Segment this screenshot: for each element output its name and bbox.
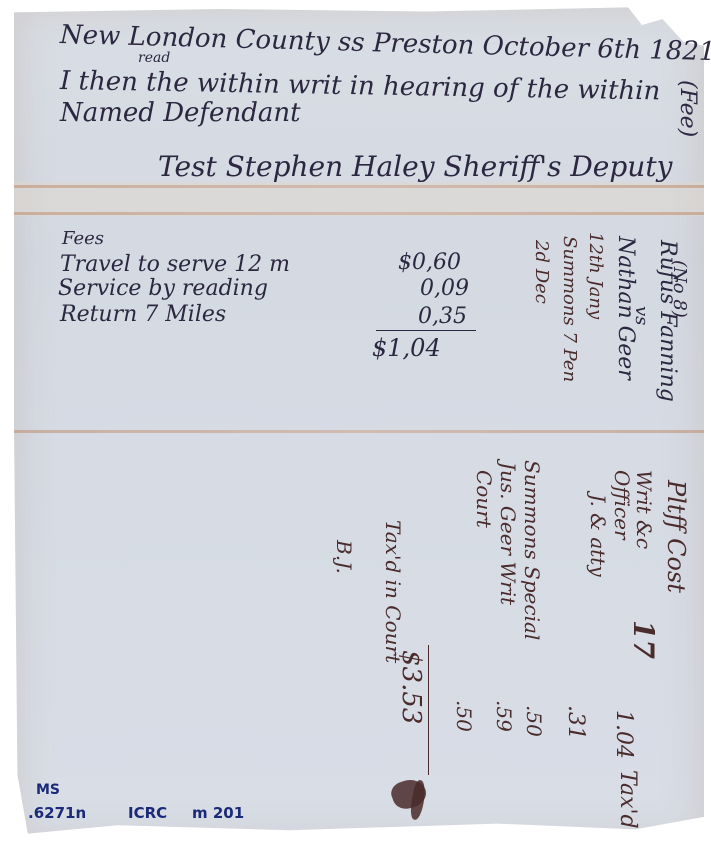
fee-label-travel: Travel to serve 12 m <box>60 252 290 277</box>
return-margin-note: (Fee) <box>675 80 700 137</box>
cost-amount-officer: 1.04 <box>611 710 636 759</box>
cost-amount-court: .50 <box>452 700 476 732</box>
costs-side-note: Tax'd in Court <box>381 520 405 663</box>
costs-heading: Pltff Cost <box>662 480 690 593</box>
archive-collection: ICRC <box>128 804 167 822</box>
cost-label-atty: J. & atty <box>586 494 610 577</box>
fees-total: $1,04 <box>372 334 441 362</box>
docket-line-dec: 2d Dec <box>531 240 552 304</box>
cost-amount-geer-writ: .59 <box>492 700 516 732</box>
fold-line-1 <box>14 185 704 188</box>
fee-label-return: Return 7 Miles <box>60 302 226 327</box>
return-signature: Test Stephen Haley Sheriff's Deputy <box>158 150 672 183</box>
return-line-3: Named Defendant <box>60 98 301 128</box>
costs-footnote: Tax'd <box>615 770 640 829</box>
fee-amount-return: 0,35 <box>418 304 467 329</box>
fees-heading: Fees <box>62 228 104 249</box>
cost-label-geer-writ: Jus. Geer Writ <box>496 462 520 605</box>
document-paper <box>14 4 704 842</box>
cost-label-officer: Officer <box>610 470 634 540</box>
docket-line-plaintiff: Rufus Fanning <box>655 240 680 402</box>
docket-line-defendant: Nathan Geer <box>613 236 638 380</box>
costs-initials: B.J. <box>332 540 356 574</box>
docket-line-summons: Summons 7 Pen <box>559 236 580 382</box>
fee-amount-travel: $0,60 <box>398 250 461 275</box>
fees-total-rule <box>376 330 476 331</box>
return-insertion: read <box>138 50 170 66</box>
cost-label-summons: Summons Special <box>520 460 544 640</box>
docket-line-date: 12th Jany <box>585 232 606 319</box>
archive-callnumber: .6271n <box>28 804 86 822</box>
fee-amount-service: 0,09 <box>420 276 469 301</box>
cost-amount-writ: 17 <box>627 620 660 659</box>
cost-amount-summons: .50 <box>522 705 546 737</box>
fold-line-3 <box>14 430 704 433</box>
fee-label-service: Service by reading <box>58 276 268 301</box>
archive-ms: MS <box>36 782 60 798</box>
cost-label-court: Court <box>472 470 496 528</box>
cost-label-writ: Writ &c <box>632 470 656 549</box>
archive-item: m 201 <box>192 804 244 822</box>
cost-amount-atty: .31 <box>563 705 588 740</box>
costs-total-rule <box>428 645 429 775</box>
fold-line-2 <box>14 212 704 215</box>
